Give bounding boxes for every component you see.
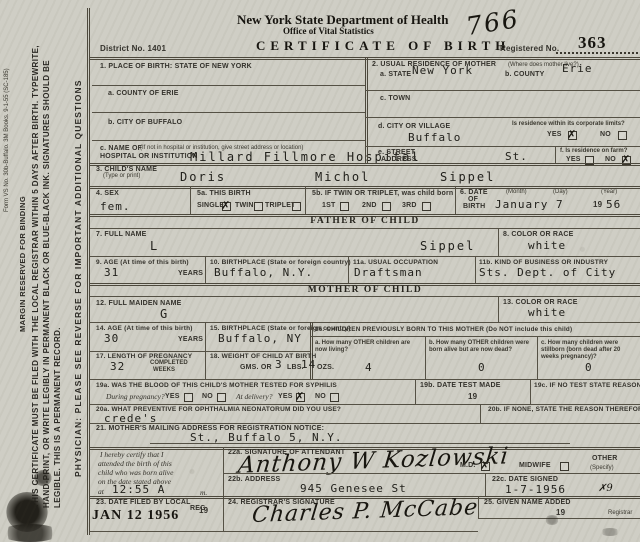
rule [537,336,538,379]
delivery-yes-label: YES [278,393,293,400]
twin-question-label: 5b. IF TWIN OR TRIPLET, was child born [312,190,453,197]
father-age-label: 9. AGE (At time of this birth) [96,259,189,266]
born-2nd-checkbox [382,202,391,211]
registered-no-label: Registered No. [500,44,559,53]
no-test-reason-label: 19c. IF NO TEST STATE REASON THEREFOR: [534,382,640,389]
mother-race-value: white [528,306,566,319]
born-1st-label: 1ST [322,202,335,209]
md-mark: ✗ [480,459,489,472]
delivery-yes-mark: ✗ [295,390,304,403]
ink-smudge [600,528,620,536]
date-filed-stamp: JAN 12 1956 [92,508,179,524]
year-label: (Year) [601,189,617,195]
child-name-paren: (Type or print) [103,173,140,179]
pregnancy-weeks-value: 32 [110,360,125,373]
father-industry-label: 11b. KIND OF BUSINESS OR INDUSTRY [479,259,608,266]
date-signed-label: 22c. DATE SIGNED [492,476,558,483]
rule [223,473,640,474]
born-3rd-checkbox [422,202,431,211]
test-date-label: 19b. DATE TEST MADE [420,382,501,389]
syphilis-question: 19a. WAS THE BLOOD OF THIS CHILD'S MOTHE… [96,382,337,389]
at-delivery-label: At delivery? [236,392,272,401]
pregnancy-completed-label: COMPLETED [150,360,188,366]
month-value: January [495,198,548,211]
child-first-name: Doris [180,170,226,184]
triplet-label: TRIPLET [265,202,296,209]
margin-form-number: Form VS No. 30b-Buffalo. 3M Books. 9-1-5… [4,16,10,212]
rule [205,322,206,351]
penned-number: 766 [464,4,522,41]
certify-line3: child who was born alive [98,468,173,477]
ink-smudge [34,470,52,486]
farm-no-label: NO [605,156,616,163]
street-label2: ADDRESS [381,156,417,163]
county-label: a. COUNTY OF ERIE [108,90,179,97]
rule [475,256,476,283]
rule [365,117,640,118]
farm-question: f. Is residence on farm? [560,148,627,154]
year-preprint: 19 [593,200,602,209]
rule [478,518,640,519]
twin-checkbox [254,202,263,211]
certify-line1: I hereby certify that I [100,450,163,459]
rule [90,423,640,424]
mother-age-value: 30 [104,332,119,345]
state-label: a. STATE [380,71,411,78]
birth-certificate-scan: Form VS No. 30b-Buffalo. 3M Books. 9-1-5… [0,0,640,542]
mother-age-years: YEARS [178,336,203,343]
during-no-label: NO [202,393,213,400]
pregnancy-length-label: 17. LENGTH OF PREGNANCY [96,353,192,360]
rule [498,296,499,322]
given-name-added-label: 25. GIVEN NAME ADDED [484,499,571,506]
born-1st-checkbox [340,202,349,211]
during-yes-checkbox [184,393,193,402]
date-filed-label: 23. DATE FILED BY LOCAL [96,499,191,506]
father-occupation-label: 11a. USUAL OCCUPATION [353,259,438,266]
child-name-label: 3. CHILD'S NAME [96,166,157,173]
date-signed-value: 1-7-1956 [505,483,566,496]
rule [498,228,499,256]
if-none-reason-label: 20b. IF NONE, STATE THE REASON THEREFOR: [488,406,640,413]
limits-yes-checkbox: ✗ [568,131,577,140]
children-stillborn-label: c. How many children were stillborn (bor… [541,340,636,362]
rule [92,140,365,141]
day-label: (Day) [553,189,568,195]
sex-value: fem. [100,200,131,213]
rule [205,351,206,379]
rule [205,256,206,283]
rule [555,146,556,163]
limits-yes-mark: ✗ [567,128,576,141]
md-checkbox: ✗ [481,462,490,471]
rule [310,336,640,337]
attendant-address-value: 945 Genesee St [300,482,407,495]
father-birthplace-value: Buffalo, N.Y. [214,266,313,279]
place-of-birth-label: 1. PLACE OF BIRTH: STATE OF NEW YORK [100,63,252,70]
date-filed-year-preprint: 19 [199,506,208,515]
header-office: Office of Vital Statistics [283,26,374,36]
other-specify-label: (Specify) [590,465,614,471]
child-last-name: Sippel [440,170,495,184]
registrar-word: Registrar [608,510,632,516]
delivery-no-checkbox [330,393,339,402]
rule [365,58,368,163]
date-signed-mark: ✗9 [598,483,613,494]
father-first-name: L [150,239,159,253]
town-label: c. TOWN [380,95,410,102]
registered-no-value: 363 [578,33,607,53]
twin-label: TWIN [235,202,254,209]
mother-section-header: MOTHER OF CHILD [90,285,640,295]
rule [223,447,224,531]
rule [190,186,191,214]
midwife-label: MIDWIFE [519,462,551,469]
children-stillborn-value: 0 [585,361,593,374]
mother-birthplace-value: Buffalo, NY [218,332,302,345]
limits-no-label: NO [600,131,611,138]
district-number: District No. 1401 [100,44,166,53]
children-dead-value: 0 [478,361,486,374]
rule [90,322,640,323]
farm-yes-label: YES [566,156,581,163]
city-label: b. CITY OF BUFFALO [108,119,182,126]
rule [365,146,640,147]
father-section-header: FATHER OF CHILD [90,216,640,226]
date-of-birth-label2: OF [468,196,478,203]
rule [90,228,640,229]
hospital-label2: HOSPITAL OR INSTITUTION [100,153,198,160]
rule [90,296,640,297]
state-value: New York [412,64,473,77]
rule [90,256,640,257]
father-industry-value: Sts. Dept. of City [479,266,616,279]
test-date-preprint: 19 [468,392,477,401]
date-of-birth-label3: BIRTH [463,203,485,210]
father-race-value: white [528,239,566,252]
rule [348,256,349,283]
weight-gms-label: GMS. OR [240,364,272,371]
city-village-label: d. CITY OR VILLAGE [378,123,450,130]
date-of-birth-label: 6. DATE [460,189,488,196]
delivery-no-label: NO [315,393,326,400]
during-no-checkbox [217,393,226,402]
children-living-label: a. How many OTHER children are now livin… [315,340,415,354]
month-label: (Month) [506,189,527,195]
father-birthplace-label: 10. BIRTHPLACE (State or foreign country… [210,259,351,266]
this-birth-label: 5a. THIS BIRTH [197,190,251,197]
rule [90,163,640,166]
weight-ozs-label: OZS. [317,364,334,371]
pregnancy-weeks-label: WEEKS [153,367,175,373]
born-3rd-label: 3RD [402,202,417,209]
born-2nd-label: 2ND [362,202,377,209]
children-previously-label: 16. CHILDREN PREVIOUSLY BORN TO THIS MOT… [315,326,572,333]
ink-smudge [0,524,60,542]
children-dead-label: b. How many OTHER children were born ali… [429,340,533,354]
father-race-label: 8. COLOR OR RACE [503,231,573,238]
father-age-value: 31 [104,266,119,279]
corporate-limits-question: Is residence within its corporate limits… [512,121,625,127]
mother-race-label: 13. COLOR OR RACE [503,299,578,306]
limits-no-checkbox [618,131,627,140]
md-label: M.D. [460,462,476,469]
margin-binding-note: MARGIN RESERVED FOR BINDING [18,178,27,332]
triplet-checkbox [292,202,301,211]
given-name-year-preprint: 19 [556,508,565,517]
delivery-yes-checkbox: ✗ [296,393,305,402]
binding-rule [87,8,90,535]
father-age-years: YEARS [178,270,203,277]
certify-line2: attended the birth of this [98,459,172,468]
rule [415,379,416,404]
rule [305,186,306,214]
rule [90,404,640,405]
rule [480,404,481,423]
father-name-label: 7. FULL NAME [96,231,147,238]
mother-name-label: 12. FULL MAIDEN NAME [96,300,182,307]
father-occupation-value: Draftsman [354,266,423,279]
during-yes-label: YES [165,393,180,400]
other-label: OTHER [592,455,618,462]
mother-maiden-name: G [160,307,169,321]
rule [90,351,310,352]
child-middle-name: Michol [315,170,370,184]
single-checkbox: ✗ [222,202,231,211]
weight-lbs-value: 3 [275,358,283,371]
rule [92,112,365,113]
rule [478,496,479,518]
weight-oz-value: 14 [301,358,316,371]
rule [365,90,640,91]
limits-yes-label: YES [547,131,562,138]
during-pregnancy-label: During pregnancy? [106,392,165,401]
attendant-address-label: 22b. ADDRESS [228,476,280,483]
rule [455,186,456,214]
year-value: 56 [606,198,621,211]
res-county-label: b. COUNTY [505,71,545,78]
street-value: St. [505,150,528,163]
certify-at: at [98,487,104,496]
birth-time-value: 12:55 A [112,483,165,496]
rule [485,473,486,496]
midwife-checkbox [560,462,569,471]
hospital-label: c. NAME OF [100,145,142,152]
rule [92,85,365,86]
rule [425,336,426,379]
rule [90,531,478,532]
street-label: e. STREET [378,149,415,156]
sex-label: 4. SEX [96,190,119,197]
children-living-value: 4 [365,361,373,374]
mother-age-label: 14. AGE (At time of this birth) [96,325,193,332]
rule [530,379,531,404]
margin-filing-instructions: THIS CERTIFICATE MUST BE FILED WITH THE … [30,36,64,508]
city-village-value: Buffalo [408,131,461,144]
single-mark: ✗ [221,199,230,212]
father-last-name: Sippel [420,239,475,253]
margin-physician-note: PHYSICIAN: PLEASE SEE REVERSE FOR IMPORT… [73,37,83,477]
ink-smudge [545,515,559,525]
rule [90,379,640,380]
day-value: 7 [556,198,564,211]
res-county-value: Erie [562,62,593,75]
